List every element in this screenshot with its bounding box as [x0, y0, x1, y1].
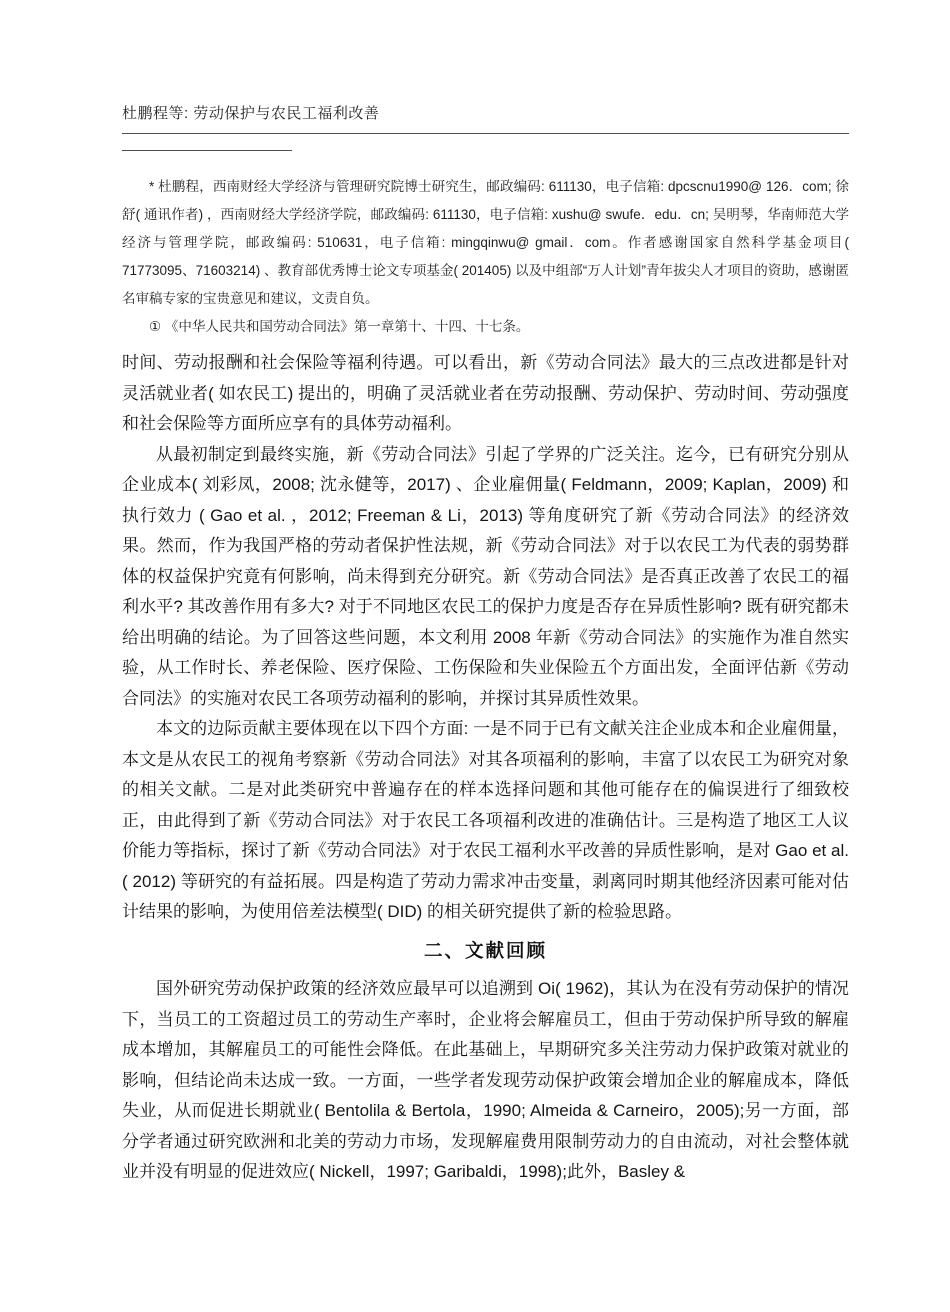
paragraph-research-motivation: 从最初制定到最终实施，新《劳动合同法》引起了学界的广泛关注。迄今，已有研究分别从… — [122, 440, 849, 715]
page-content: 杜鹏程等: 劳动保护与农民工福利改善 * 杜鹏程，西南财经大学经济与管理研究院博… — [122, 0, 849, 1188]
article-body: 时间、劳动报酬和社会保险等福利待遇。可以看出，新《劳动合同法》最大的三点改进都是… — [122, 348, 849, 1188]
document-page: 杜鹏程等: 劳动保护与农民工福利改善 * 杜鹏程，西南财经大学经济与管理研究院博… — [0, 0, 950, 1312]
footnote-author-note: * 杜鹏程，西南财经大学经济与管理研究院博士研究生，邮政编码: 611130，电… — [122, 173, 849, 313]
footnote-block: * 杜鹏程，西南财经大学经济与管理研究院博士研究生，邮政编码: 611130，电… — [122, 173, 849, 341]
header-rule — [122, 133, 849, 134]
paragraph-marginal-contributions: 本文的边际贡献主要体现在以下四个方面: 一是不同于已有文献关注企业成本和企业雇佣… — [122, 714, 849, 928]
footnote-separator-rule — [122, 150, 292, 151]
running-header: 杜鹏程等: 劳动保护与农民工福利改善 — [122, 104, 849, 124]
footnote-reference-note: ① 《中华人民共和国劳动合同法》第一章第十、十四、十七条。 — [122, 313, 849, 341]
section-heading-literature-review: 二、文献回顾 — [122, 936, 849, 967]
paragraph-literature-review: 国外研究劳动保护政策的经济效应最早可以追溯到 Oi( 1962)，其认为在没有劳… — [122, 974, 849, 1188]
paragraph-welfare-continuation: 时间、劳动报酬和社会保险等福利待遇。可以看出，新《劳动合同法》最大的三点改进都是… — [122, 348, 849, 440]
